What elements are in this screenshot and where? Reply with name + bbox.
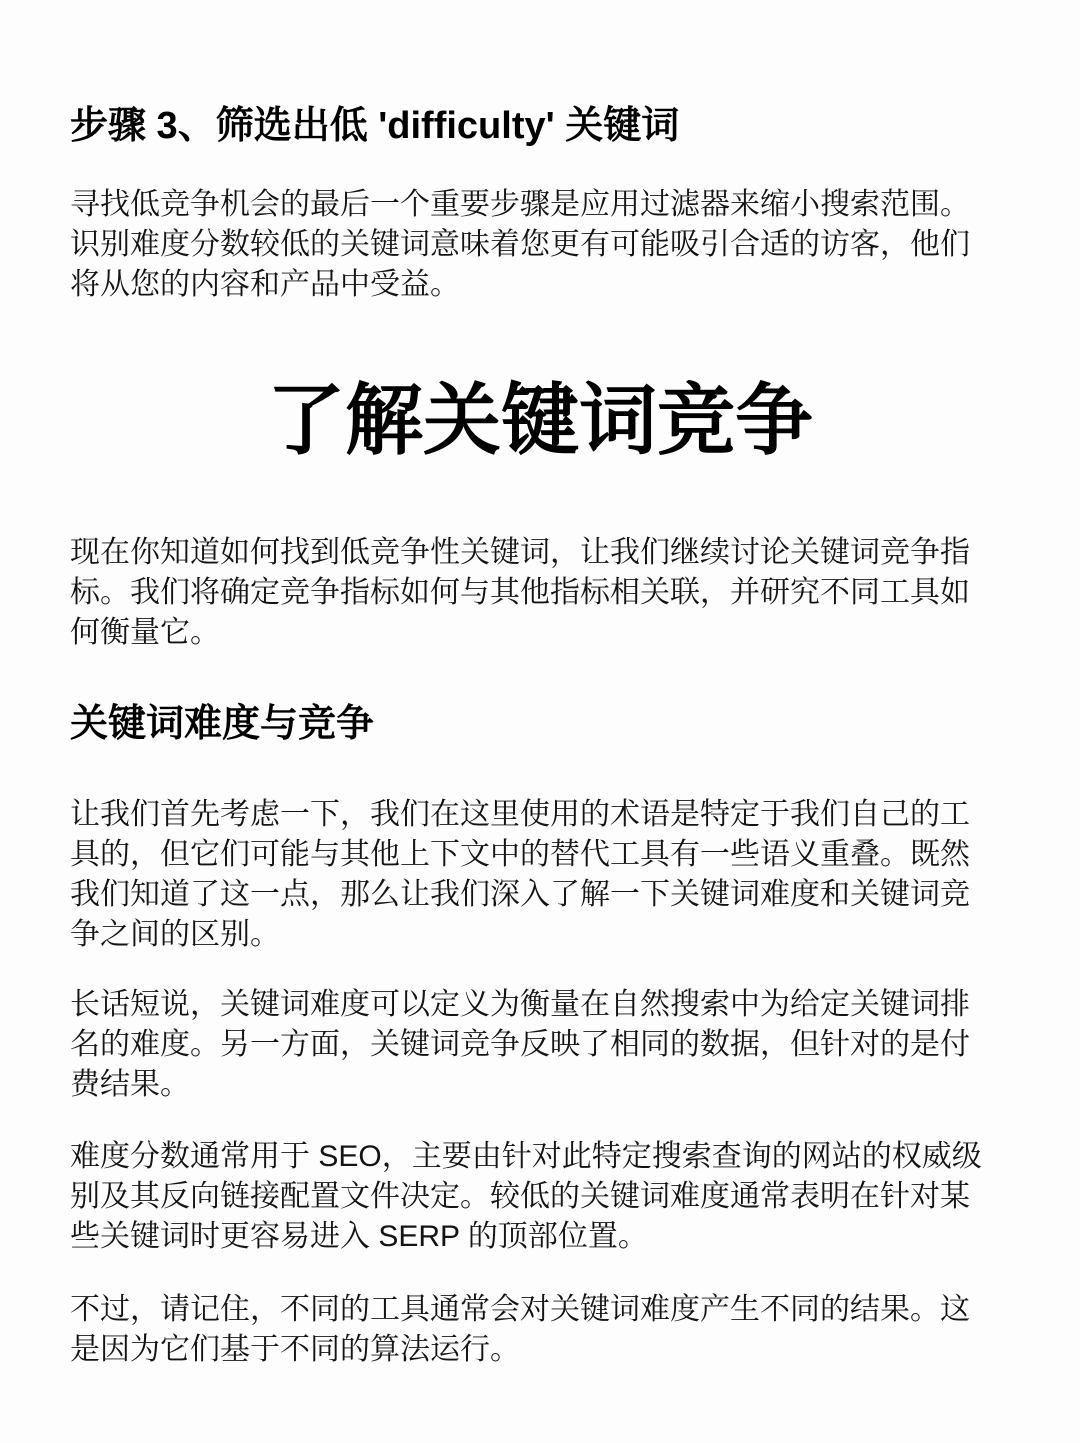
section-paragraph: 难度分数通常用于 SEO，主要由针对此特定搜索查询的网站的权威级别及其反向链接配…	[70, 1137, 995, 1257]
article-page: 步骤 3、筛选出低 'difficulty' 关键词 寻找低竞争机会的最后一个重…	[0, 102, 1080, 1370]
lead-paragraph: 现在你知道如何找到低竞争性关键词，让我们继续讨论关键词竞争指标。我们将确定竞争指…	[70, 533, 995, 653]
section-paragraph: 长话短说，关键词难度可以定义为衡量在自然搜索中为给定关键词排名的难度。另一方面，…	[70, 985, 995, 1105]
section-paragraph: 让我们首先考虑一下，我们在这里使用的术语是特定于我们自己的工具的，但它们可能与其…	[70, 795, 995, 955]
section-heading: 关键词难度与竞争	[70, 701, 995, 747]
main-title: 了解关键词竞争	[0, 375, 1080, 465]
section-paragraph: 不过，请记住，不同的工具通常会对关键词难度产生不同的结果。这是因为它们基于不同的…	[70, 1290, 995, 1370]
step-heading: 步骤 3、筛选出低 'difficulty' 关键词	[70, 102, 995, 150]
intro-paragraph: 寻找低竞争机会的最后一个重要步骤是应用过滤器来缩小搜索范围。识别难度分数较低的关…	[70, 185, 995, 305]
